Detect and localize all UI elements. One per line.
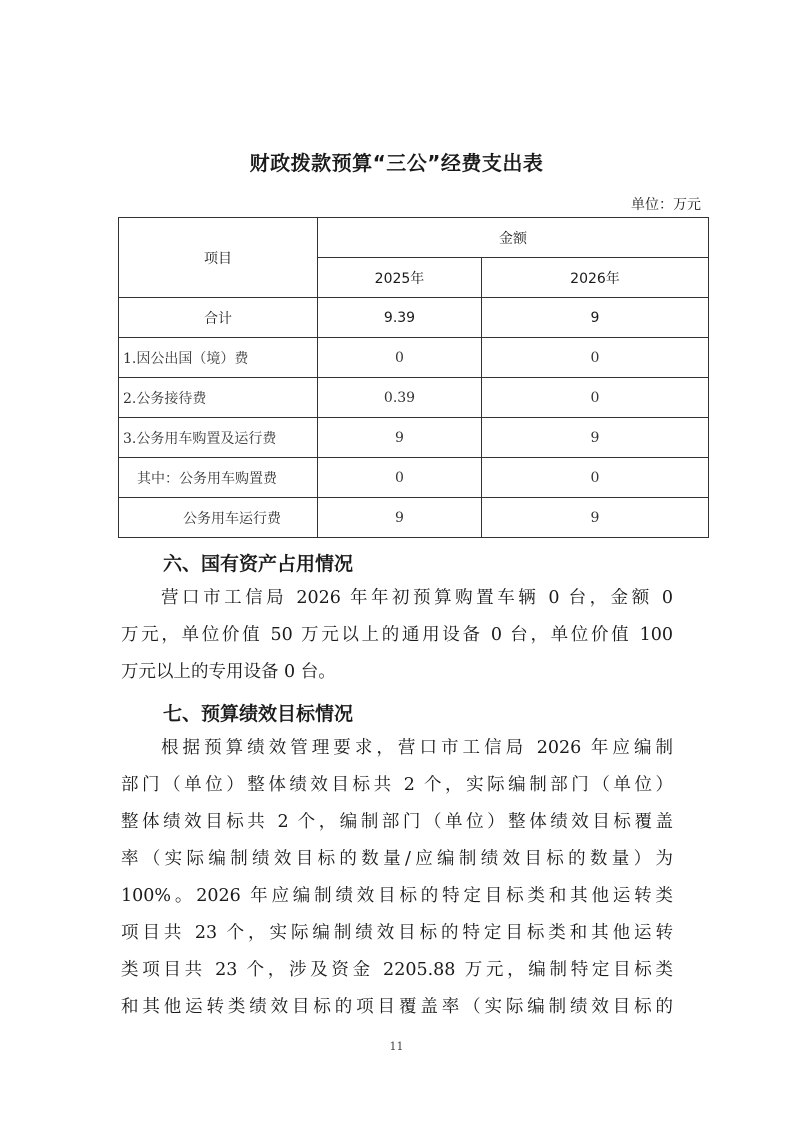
paragraph-line: 万元以上的专用设备 0 台。 (121, 654, 673, 691)
cell-label: 2.公务接待费 (119, 378, 318, 418)
paragraph-line: 万元，单位价值 50 万元以上的通用设备 0 台，单位价值 100 (121, 617, 673, 654)
header-amount: 金额 (318, 218, 709, 258)
paragraph-line: 率（实际编制绩效目标的数量/应编制绩效目标的数量）为 (121, 841, 673, 878)
cell-value-2026: 0 (482, 458, 709, 498)
page-number: 11 (0, 1040, 793, 1053)
cell-value-2025: 9.39 (318, 298, 482, 338)
paragraph-line: 100%。2026 年应编制绩效目标的特定目标类和其他运转类 (121, 878, 673, 915)
cell-value-2026: 0 (482, 338, 709, 378)
paragraph-line: 项目共 23 个，实际编制绩效目标的特定目标类和其他运转 (121, 915, 673, 952)
paragraph-line: 和其他运转类绩效目标的项目覆盖率（实际编制绩效目标的 (121, 989, 673, 1026)
section-6-body: 营口市工信局 2026 年年初预算购置车辆 0 台，金额 0 万元，单位价值 5… (121, 580, 673, 691)
paragraph-line: 营口市工信局 2026 年年初预算购置车辆 0 台，金额 0 (121, 580, 673, 617)
cell-label: 合计 (119, 298, 318, 338)
cell-label: 3.公务用车购置及运行费 (119, 418, 318, 458)
table-title: 财政拨款预算“三公”经费支出表 (0, 147, 793, 176)
paragraph-line: 部门（单位）整体绩效目标共 2 个，实际编制部门（单位） (121, 767, 673, 804)
cell-label: 其中：公务用车购置费 (119, 458, 318, 498)
table-row: 2.公务接待费 0.39 0 (119, 378, 709, 418)
table-header-row: 项目 金额 (119, 218, 709, 258)
header-item: 项目 (119, 218, 318, 298)
table-row: 1.因公出国（境）费 0 0 (119, 338, 709, 378)
cell-label: 公务用车运行费 (119, 498, 318, 538)
header-year-2026: 2026年 (482, 258, 709, 298)
cell-value-2026: 9 (482, 498, 709, 538)
cell-value-2026: 9 (482, 418, 709, 458)
table-row: 公务用车运行费 9 9 (119, 498, 709, 538)
paragraph-line: 整体绩效目标共 2 个，编制部门（单位）整体绩效目标覆盖 (121, 804, 673, 841)
three-public-expenses-table: 项目 金额 2025年 2026年 合计 9.39 9 1.因公出国（境）费 0… (118, 217, 709, 538)
section-7-heading: 七、预算绩效目标情况 (163, 699, 353, 726)
cell-value-2025: 9 (318, 418, 482, 458)
cell-value-2025: 0 (318, 458, 482, 498)
table-row: 3.公务用车购置及运行费 9 9 (119, 418, 709, 458)
table-row-total: 合计 9.39 9 (119, 298, 709, 338)
cell-value-2025: 0.39 (318, 378, 482, 418)
cell-value-2025: 0 (318, 338, 482, 378)
header-year-2025: 2025年 (318, 258, 482, 298)
unit-label: 单位：万元 (631, 194, 701, 214)
paragraph-line: 根据预算绩效管理要求，营口市工信局 2026 年应编制 (121, 730, 673, 767)
cell-value-2026: 9 (482, 298, 709, 338)
cell-value-2026: 0 (482, 378, 709, 418)
section-7-body: 根据预算绩效管理要求，营口市工信局 2026 年应编制 部门（单位）整体绩效目标… (121, 730, 673, 1026)
table-row: 其中：公务用车购置费 0 0 (119, 458, 709, 498)
section-6-heading: 六、国有资产占用情况 (163, 549, 353, 576)
cell-value-2025: 9 (318, 498, 482, 538)
paragraph-line: 类项目共 23 个，涉及资金 2205.88 万元，编制特定目标类 (121, 952, 673, 989)
cell-label: 1.因公出国（境）费 (119, 338, 318, 378)
